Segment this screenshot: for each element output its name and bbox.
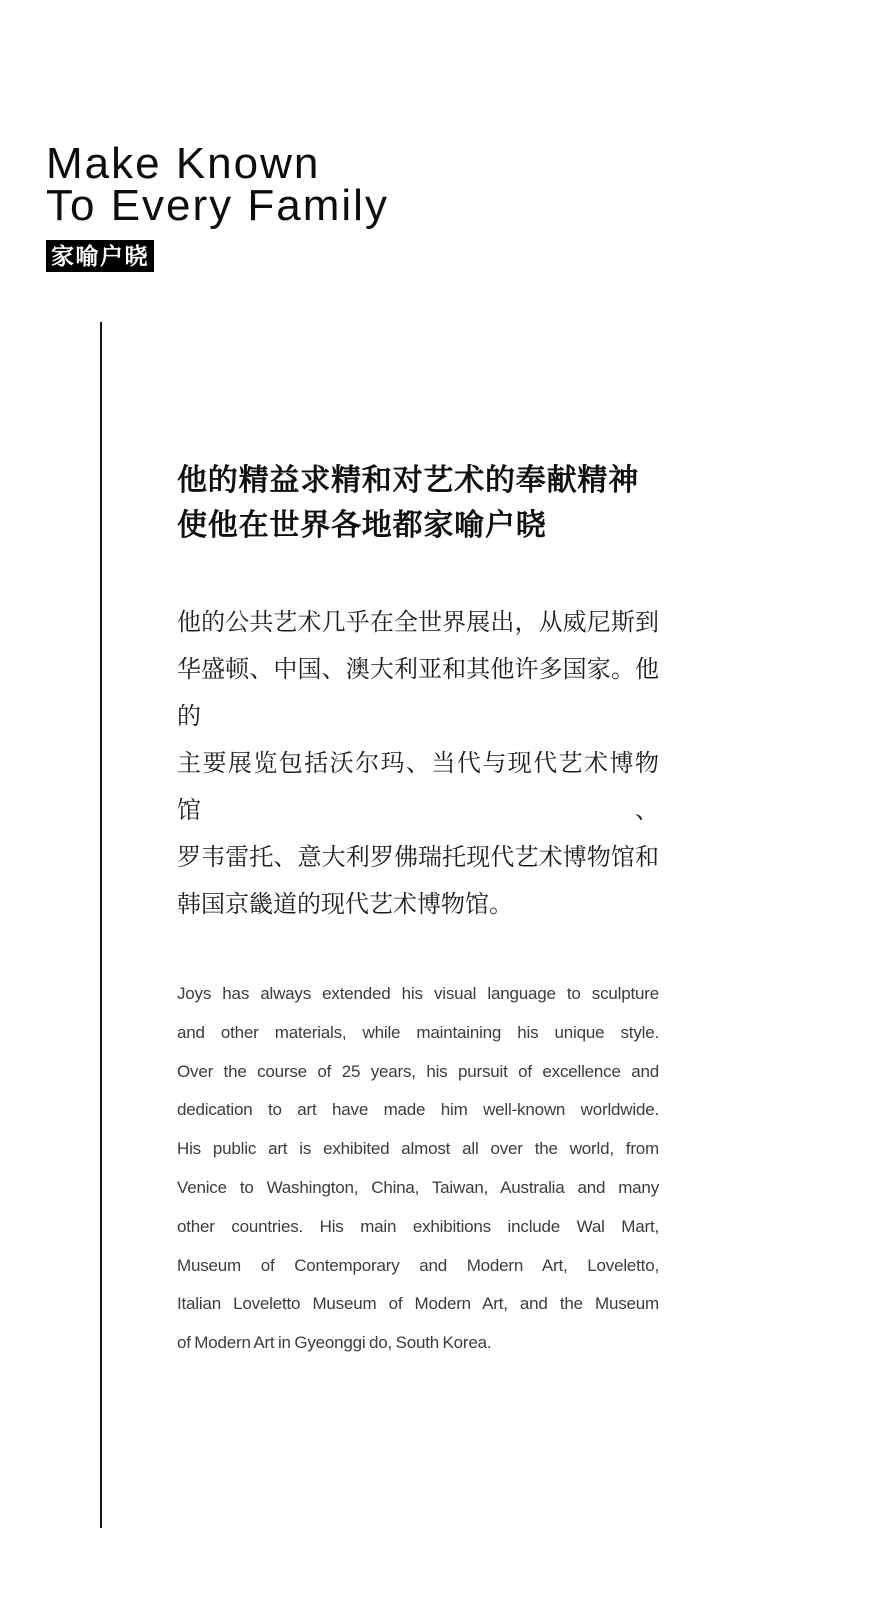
text-line: other countries. His main exhibitions in… [177, 1208, 659, 1247]
page-title-line-1: Make Known [46, 143, 389, 185]
page-title: Make Known To Every Family [46, 143, 389, 227]
chinese-subheading: 他的精益求精和对艺术的奉献精神使他在世界各地都家喻户晓 [177, 458, 659, 548]
text-line: His public art is exhibited almost all o… [177, 1130, 659, 1169]
text-line: 华盛顿、中国、澳大利亚和其他许多国家。他的 [177, 646, 659, 740]
text-line: Joys has always extended his visual lang… [177, 975, 659, 1014]
text-line: 罗韦雷托、意大利罗佛瑞托现代艺术博物馆和 [177, 834, 659, 881]
vertical-divider-rule [100, 322, 102, 1528]
text-line: 韩国京畿道的现代艺术博物馆。 [177, 881, 659, 928]
text-line: of Modern Art in Gyeonggi do, South Kore… [177, 1324, 659, 1363]
text-line: Venice to Washington, China, Taiwan, Aus… [177, 1169, 659, 1208]
text-line: 使他在世界各地都家喻户晓 [177, 503, 659, 548]
text-line: dedication to art have made him well-kno… [177, 1091, 659, 1130]
text-line: Museum of Contemporary and Modern Art, L… [177, 1247, 659, 1286]
english-paragraph: Joys has always extended his visual lang… [177, 975, 659, 1363]
page-title-line-2: To Every Family [46, 185, 389, 227]
text-line: 主要展览包括沃尔玛、当代与现代艺术博物馆、 [177, 740, 659, 834]
text-line: 他的精益求精和对艺术的奉献精神 [177, 458, 659, 503]
text-line: and other materials, while maintaining h… [177, 1014, 659, 1053]
text-line: Over the course of 25 years, his pursuit… [177, 1053, 659, 1092]
chinese-paragraph: 他的公共艺术几乎在全世界展出，从威尼斯到华盛顿、中国、澳大利亚和其他许多国家。他… [177, 599, 659, 928]
chinese-title-badge: 家喻户晓 [46, 240, 154, 272]
text-line: Italian Loveletto Museum of Modern Art, … [177, 1285, 659, 1324]
text-line: 他的公共艺术几乎在全世界展出，从威尼斯到 [177, 599, 659, 646]
